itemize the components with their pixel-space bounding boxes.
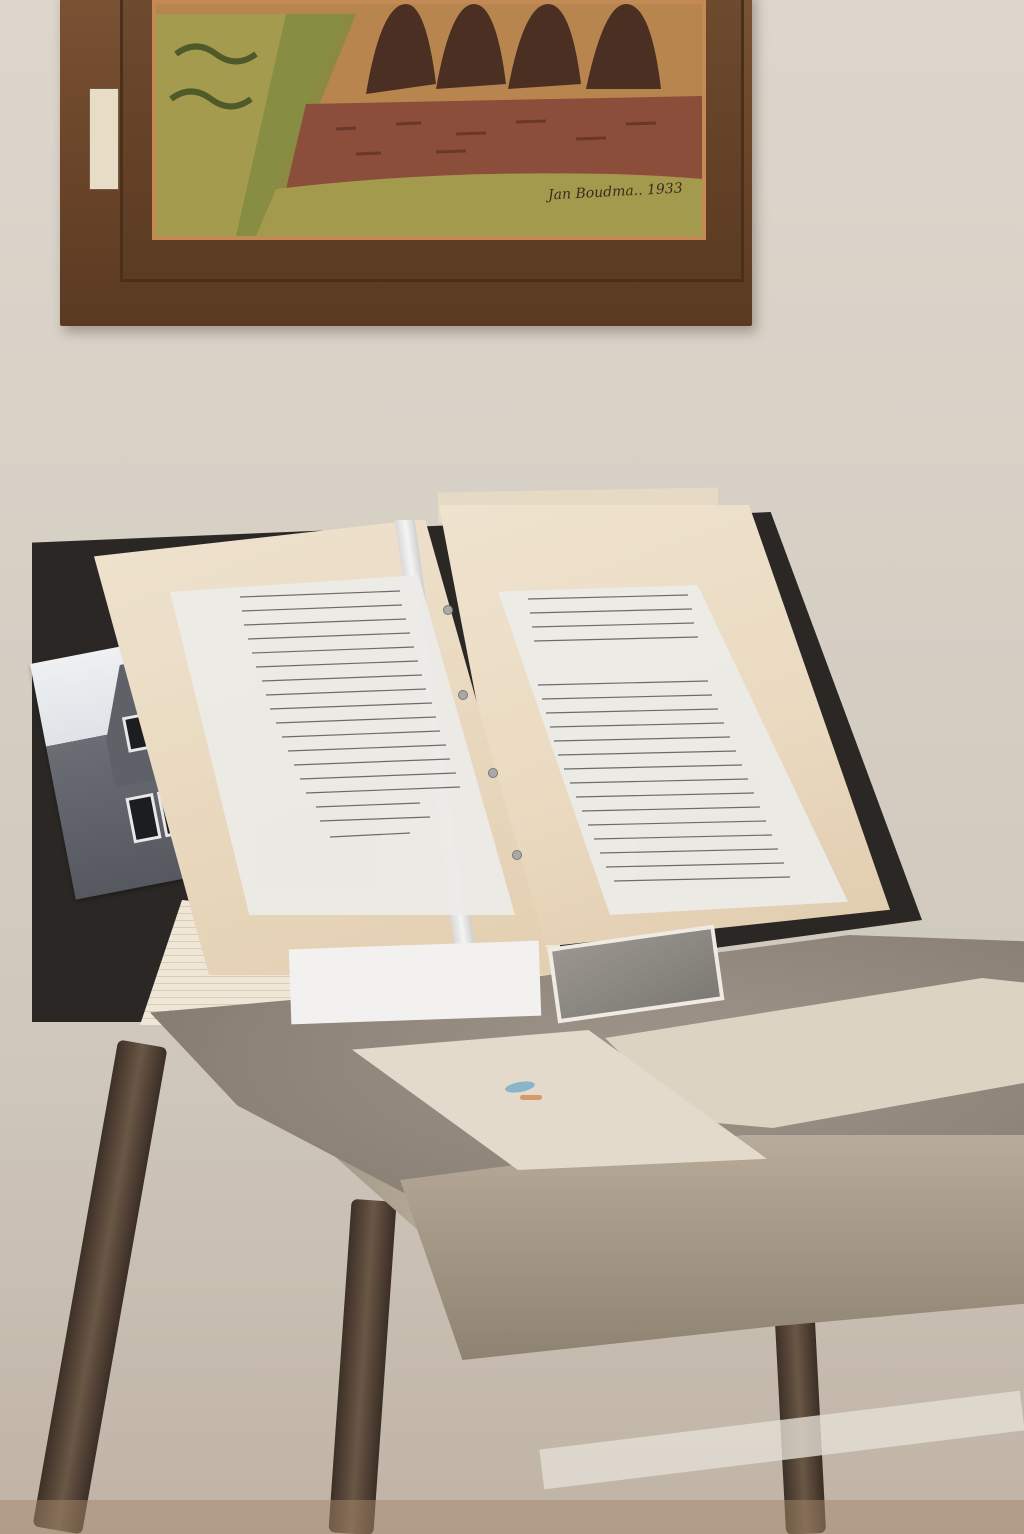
house-window	[125, 793, 161, 843]
watercolor-sketch	[520, 1095, 542, 1100]
binder-ring	[458, 690, 468, 700]
binder-ring	[488, 768, 498, 778]
table-leg	[328, 1199, 396, 1534]
white-paper	[289, 941, 541, 1025]
gallery-label	[89, 88, 119, 190]
table-front-edge	[400, 1135, 1024, 1360]
binder-ring	[443, 605, 453, 615]
painting-canvas	[152, 0, 706, 240]
binder-ring	[512, 850, 522, 860]
floor	[0, 1500, 1024, 1534]
table-leg	[32, 1039, 167, 1534]
painting-artwork	[156, 4, 702, 236]
